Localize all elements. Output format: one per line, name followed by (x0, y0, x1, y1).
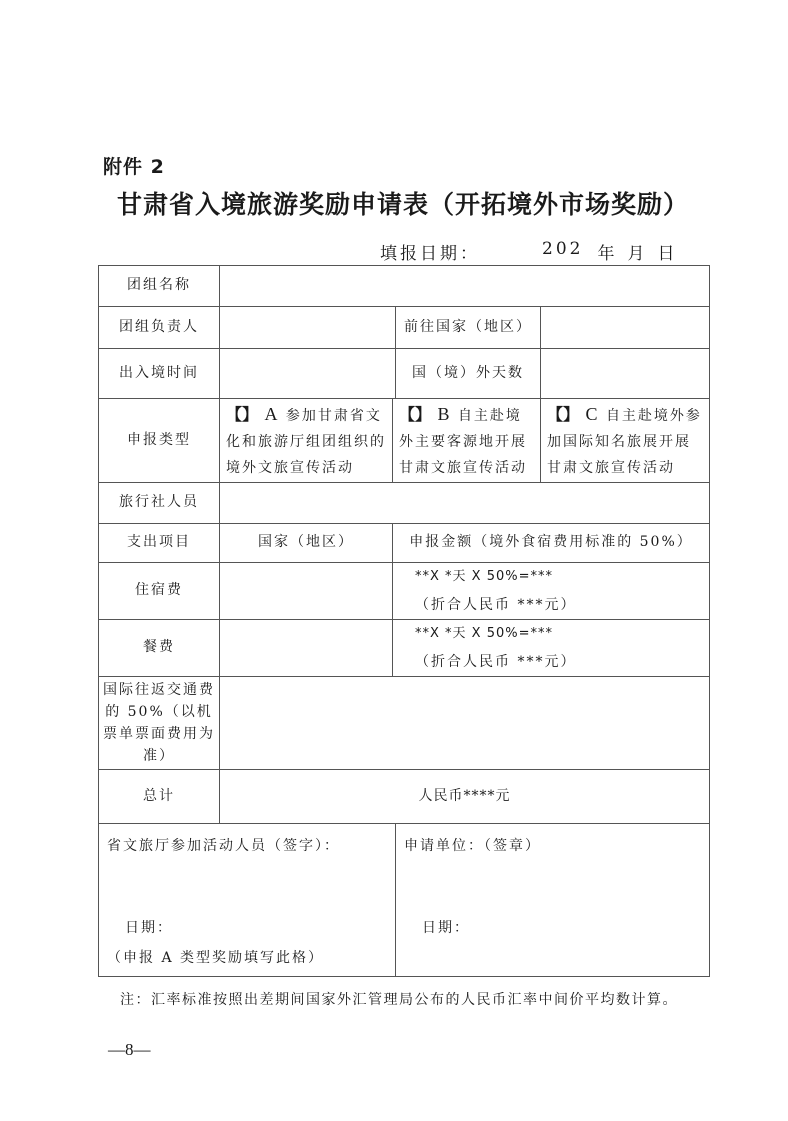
days-abroad-label: 国（境）外天数 (396, 349, 541, 399)
total-label: 总计 (99, 770, 220, 824)
group-name-label: 团组名称 (99, 266, 220, 307)
form-title: 甘肃省入境旅游奖励申请表（开拓境外市场奖励） (0, 185, 788, 221)
agency-staff-field[interactable] (220, 483, 710, 524)
agency-staff-label: 旅行社人员 (99, 483, 220, 524)
type-option-c[interactable]: 【】 C 自主赴境外参加国际知名旅展开展甘肃文旅宣传活动 (541, 399, 710, 483)
destination-field[interactable] (541, 307, 710, 349)
expense-item-header: 支出项目 (99, 524, 220, 563)
meals-amount[interactable]: **X *天 X 50%=*** （折合人民币 ***元） (393, 620, 710, 677)
month-unit: 月 (627, 239, 647, 264)
checkbox-bracket-icon[interactable]: 【】 (547, 405, 579, 424)
lodging-amount[interactable]: **X *天 X 50%=*** （折合人民币 ***元） (393, 563, 710, 620)
group-leader-field[interactable] (220, 307, 396, 349)
applicant-seal-cell[interactable]: 申请单位：（签章） 日期： (396, 824, 710, 977)
staff-signature-date: 日期： (125, 918, 173, 940)
row-signatures: 省文旅厅参加活动人员（签字）： 日期： （申报 A 类型奖励填写此格） 申请单位… (99, 824, 710, 977)
intl-transport-label: 国际往返交通费的 50%（以机票单票面费用为准） (99, 677, 220, 770)
intl-transport-field[interactable] (220, 677, 710, 770)
checkbox-bracket-icon[interactable]: 【】 (399, 405, 431, 424)
row-agency-staff: 旅行社人员 (99, 483, 710, 524)
expense-amount-header: 申报金额（境外食宿费用标准的 50%） (393, 524, 710, 563)
row-application-type: 申报类型 【】 A 参加甘肃省文化和旅游厅组团组织的境外文旅宣传活动 【】 B … (99, 399, 710, 483)
staff-signature-cell[interactable]: 省文旅厅参加活动人员（签字）： 日期： （申报 A 类型奖励填写此格） (99, 824, 396, 977)
fill-date-year[interactable]: 202 (542, 239, 583, 264)
row-group-name: 团组名称 (99, 266, 710, 307)
row-intl-transport: 国际往返交通费的 50%（以机票单票面费用为准） (99, 677, 710, 770)
expense-country-header: 国家（地区） (220, 524, 393, 563)
destination-label: 前往国家（地区） (396, 307, 541, 349)
applicant-seal-date: 日期： (422, 918, 470, 940)
meals-country-field[interactable] (220, 620, 393, 677)
total-value[interactable]: 人民币****元 (220, 770, 710, 824)
days-abroad-field[interactable] (541, 349, 710, 399)
row-expense-header: 支出项目 国家（地区） 申报金额（境外食宿费用标准的 50%） (99, 524, 710, 563)
row-meals: 餐费 **X *天 X 50%=*** （折合人民币 ***元） (99, 620, 710, 677)
exchange-rate-note: 注：汇率标准按照出差期间国家外汇管理局公布的人民币汇率中间价平均数计算。 (120, 989, 678, 1009)
lodging-label: 住宿费 (99, 563, 220, 620)
meals-label: 餐费 (99, 620, 220, 677)
travel-time-field[interactable] (220, 349, 396, 399)
year-unit: 年 (597, 239, 617, 264)
application-type-label: 申报类型 (99, 399, 220, 483)
lodging-country-field[interactable] (220, 563, 393, 620)
row-lodging: 住宿费 **X *天 X 50%=*** （折合人民币 ***元） (99, 563, 710, 620)
applicant-seal-label: 申请单位：（签章） (404, 836, 541, 858)
row-travel-time: 出入境时间 国（境）外天数 (99, 349, 710, 399)
attachment-label: 附件 2 (103, 152, 165, 179)
group-leader-label: 团组负责人 (99, 307, 220, 349)
group-name-field[interactable] (220, 266, 710, 307)
staff-signature-note: （申报 A 类型奖励填写此格） (107, 948, 324, 970)
day-unit: 日 (657, 239, 677, 264)
application-form-table: 团组名称 团组负责人 前往国家（地区） 出入境时间 国（境）外天数 申报类型 【… (98, 265, 710, 977)
row-total: 总计 人民币****元 (99, 770, 710, 824)
fill-date-label: 填报日期： (380, 239, 480, 264)
staff-signature-label: 省文旅厅参加活动人员（签字）： (107, 836, 340, 858)
type-option-b[interactable]: 【】 B 自主赴境外主要客源地开展甘肃文旅宣传活动 (393, 399, 541, 483)
row-group-leader: 团组负责人 前往国家（地区） (99, 307, 710, 349)
travel-time-label: 出入境时间 (99, 349, 220, 399)
type-option-a[interactable]: 【】 A 参加甘肃省文化和旅游厅组团组织的境外文旅宣传活动 (220, 399, 393, 483)
page-number: —8— (108, 1040, 151, 1060)
checkbox-bracket-icon[interactable]: 【】 (226, 405, 258, 424)
fill-date: 填报日期： 202 年 月 日 (380, 239, 677, 264)
